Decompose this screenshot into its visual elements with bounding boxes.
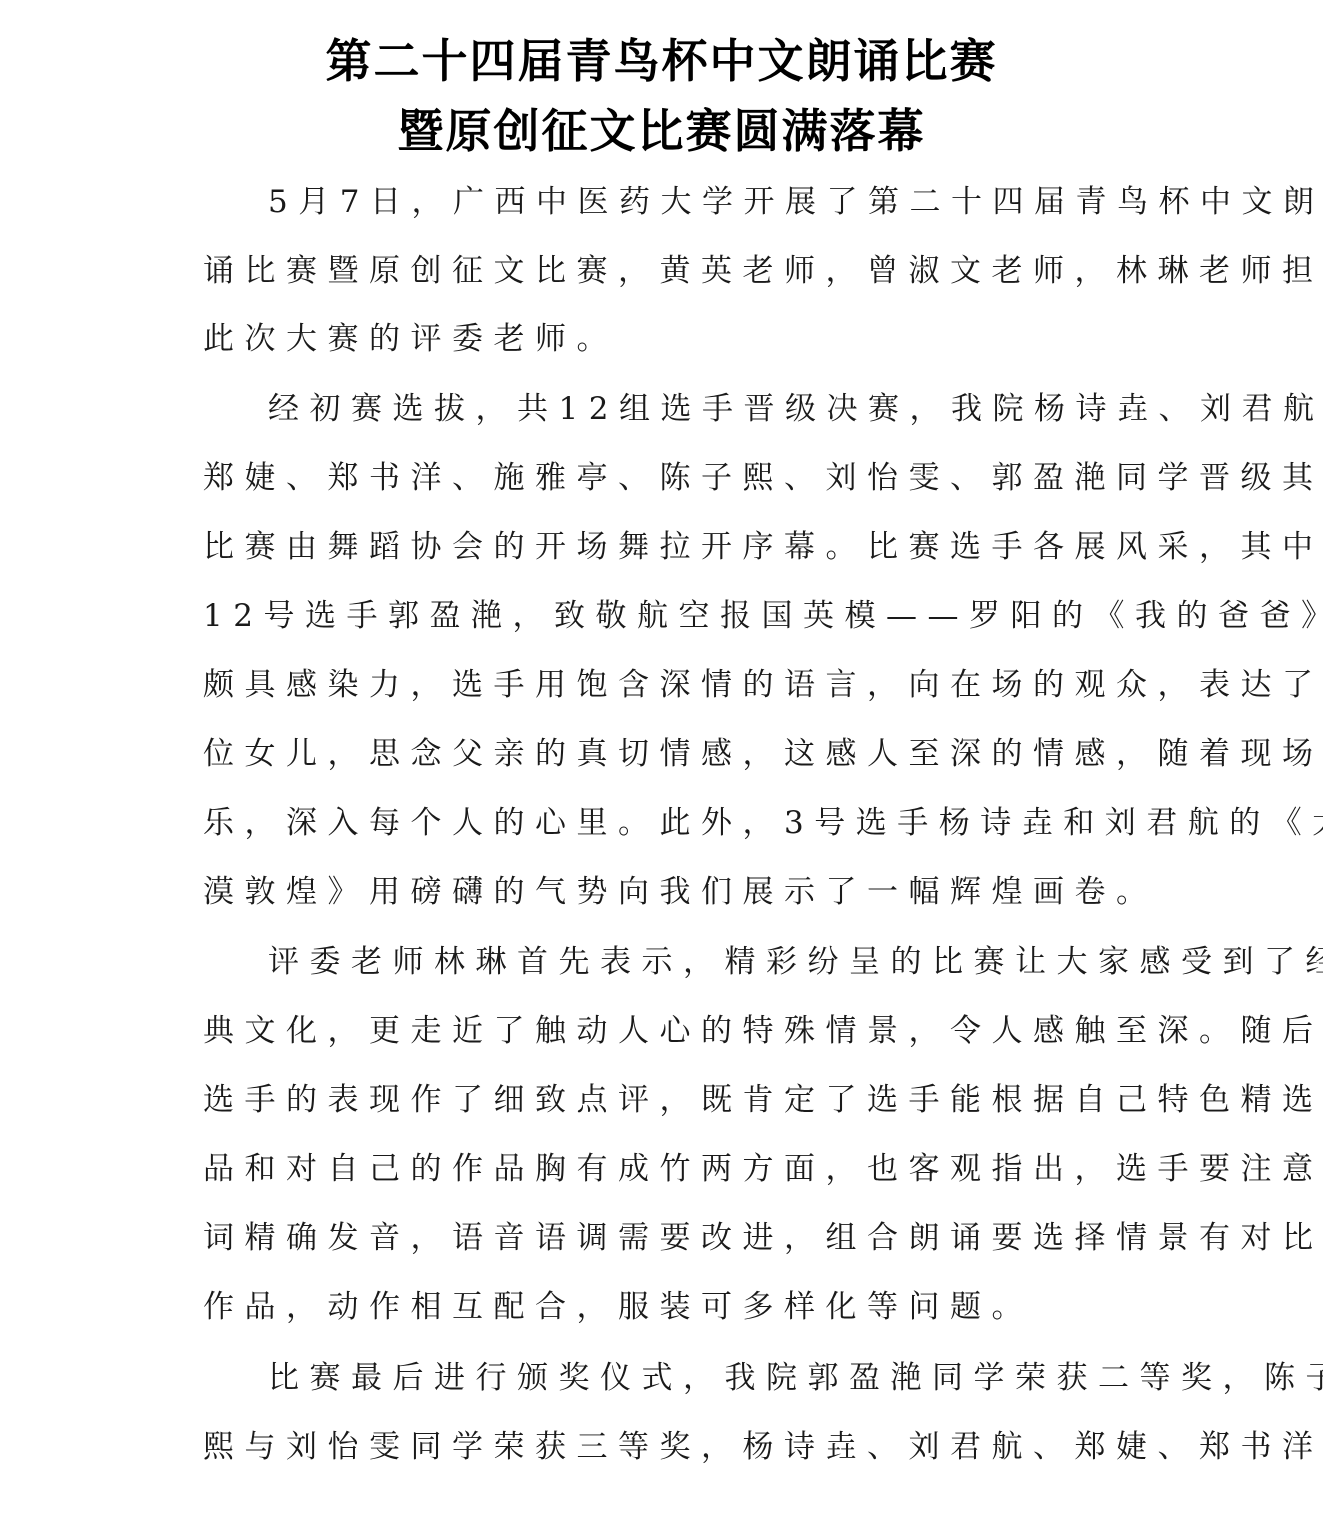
paragraph-2-line-3: 比赛由舞蹈协会的开场舞拉开序幕。比赛选手各展风采，其中 (203, 532, 1133, 563)
paragraph-1-line-1: 5月7日，广西中医药大学开展了第二十四届青鸟杯中文朗 (268, 187, 1198, 218)
paragraph-1-line-2: 诵比赛暨原创征文比赛，黄英老师，曾淑文老师，林琳老师担任 (203, 256, 1133, 287)
paragraph-3-line-2: 典文化，更走近了触动人心的特殊情景，令人感触至深。随后就 (203, 1016, 1133, 1047)
paragraph-2-line-5: 颇具感染力，选手用饱含深情的语言，向在场的观众，表达了一 (203, 670, 1133, 701)
paragraph-4-line-1: 比赛最后进行颁奖仪式，我院郭盈滟同学荣获二等奖，陈子 (268, 1363, 1198, 1394)
document-title-line-2: 暨原创征文比赛圆满落幕 (0, 108, 1323, 154)
document-page: 第二十四届青鸟杯中文朗诵比赛 暨原创征文比赛圆满落幕 5月7日，广西中医药大学开… (0, 0, 1323, 1520)
paragraph-3-line-5: 词精确发音，语音语调需要改进，组合朗诵要选择情景有对比的 (203, 1223, 1133, 1254)
paragraph-2-line-4: 12号选手郭盈滟，致敬航空报国英模——罗阳的《我的爸爸》 (203, 601, 1133, 632)
paragraph-2-line-6: 位女儿，思念父亲的真切情感，这感人至深的情感，随着现场音 (203, 739, 1133, 770)
paragraph-3-line-4: 品和对自己的作品胸有成竹两方面，也客观指出，选手要注意字 (203, 1154, 1133, 1185)
paragraph-2-line-2: 郑婕、郑书洋、施雅亭、陈子熙、刘怡雯、郭盈滟同学晋级其中。 (203, 463, 1133, 494)
document-title-line-1: 第二十四届青鸟杯中文朗诵比赛 (0, 38, 1323, 84)
paragraph-3-line-6: 作品，动作相互配合，服装可多样化等问题。 (203, 1292, 1133, 1323)
paragraph-1-line-3: 此次大赛的评委老师。 (203, 324, 1133, 355)
paragraph-3-line-1: 评委老师林琳首先表示，精彩纷呈的比赛让大家感受到了经 (268, 947, 1198, 978)
paragraph-4-line-2: 熙与刘怡雯同学荣获三等奖，杨诗垚、刘君航、郑婕、郑书洋、 (203, 1432, 1133, 1463)
paragraph-2-line-1: 经初赛选拔，共12组选手晋级决赛，我院杨诗垚、刘君航、 (268, 394, 1198, 425)
paragraph-2-line-8: 漠敦煌》用磅礴的气势向我们展示了一幅辉煌画卷。 (203, 877, 1133, 908)
paragraph-3-line-3: 选手的表现作了细致点评，既肯定了选手能根据自己特色精选作 (203, 1085, 1133, 1116)
paragraph-2-line-7: 乐，深入每个人的心里。此外，3号选手杨诗垚和刘君航的《大 (203, 808, 1133, 839)
